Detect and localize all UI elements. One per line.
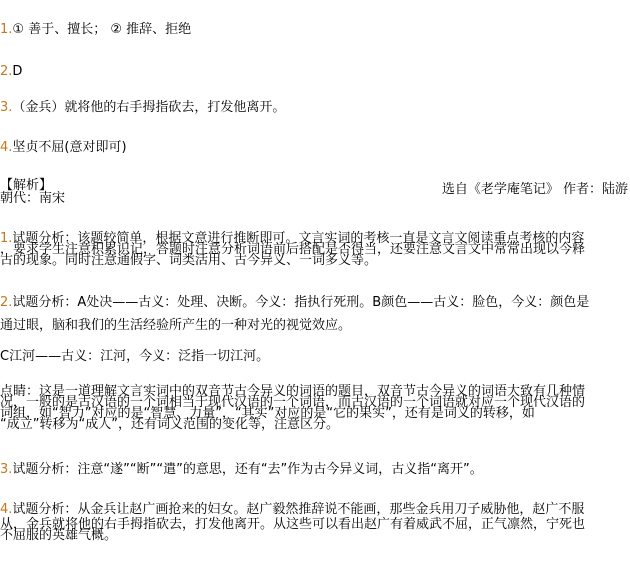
analysis-paragraph-2: 2.试题分析：A处决——古义：处理、决断。今义：指执行死刑。B颜色——古义：脸色…	[0, 297, 630, 331]
answer-1: 1.① 善于、擅长； ② 推辞、拒绝	[0, 22, 191, 37]
answer-text: （金兵）就将他的右手拇指砍去，打发他离开。	[12, 100, 285, 115]
paragraph-number: 4.	[0, 502, 12, 517]
analysis-paragraph-2c: C江河——古义：江河，今义：泛指一切江河。	[0, 349, 269, 364]
answer-number: 4.	[0, 140, 12, 155]
answer-text: D	[12, 64, 22, 79]
paragraph-text: 试题分析：A处决——古义：处理、决断。今义：指执行死刑。B颜色——古义：脸色，今…	[12, 295, 589, 310]
paragraph-text: 试题分析：注意“遂”“断”“遣”的意思，还有“去”作为古今异义词，古义指“离开”…	[12, 462, 482, 477]
analysis-paragraph-1: 1.试题分析：该题较简单，根据文意进行推断即可。文言实词的考核一直是文言文阅读重…	[0, 233, 630, 266]
answer-4: 4.坚贞不屈(意对即可)	[0, 140, 127, 155]
dynasty: 朝代：南宋	[0, 191, 65, 206]
paragraph-text: “成立”转移为“成人”，还有词义范围的变化等，注意区分。	[0, 419, 630, 430]
answer-number: 1.	[0, 22, 12, 37]
paragraph-text: 通过眼，脑和我们的生活经验所产生的一种对光的视觉效应。	[0, 320, 630, 331]
answer-3: 3.（金兵）就将他的右手拇指砍去，打发他离开。	[0, 100, 285, 115]
answer-text: ① 善于、擅长； ② 推辞、拒绝	[12, 22, 191, 37]
paragraph-number: 3.	[0, 462, 12, 477]
answer-text: 坚贞不屈(意对即可)	[12, 140, 126, 155]
paragraph-number: 2.	[0, 295, 12, 310]
answer-number: 2.	[0, 64, 12, 79]
dianjing-paragraph: 点睛：这是一道理解文言实词中的双音节古今异义的词语的题目，双音节古今异义的词语大…	[0, 386, 630, 430]
answer-2: 2.D	[0, 64, 22, 79]
answer-number: 3.	[0, 100, 12, 115]
source-attribution: 选自《老学庵笔记》 作者：陆游	[442, 178, 628, 197]
analysis-paragraph-4: 4.试题分析：从金兵让赵广画抢来的妇女。赵广毅然推辞说不能画，那些金兵用刀子威胁…	[0, 504, 630, 541]
analysis-paragraph-3: 3.试题分析：注意“遂”“断”“遣”的意思，还有“去”作为古今异义词，古义指“离…	[0, 462, 483, 477]
paragraph-text: 试题分析：从金兵让赵广画抢来的妇女。赵广毅然推辞说不能画，那些金兵用刀子威胁他，…	[12, 502, 584, 517]
